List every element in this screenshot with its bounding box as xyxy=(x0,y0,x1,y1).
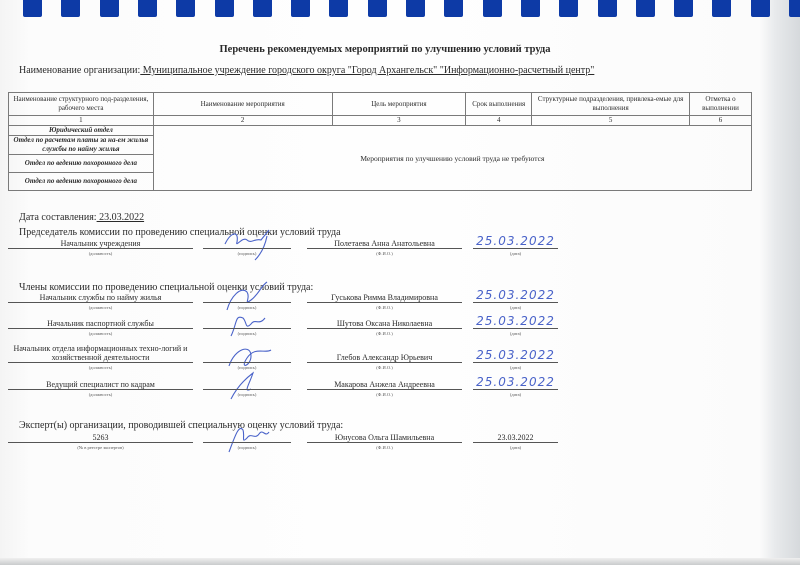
position-text: Начальник учреждения xyxy=(8,239,193,248)
department-cell: Отдел по ведению похоронного дела xyxy=(9,155,154,173)
binding-tab xyxy=(483,0,502,17)
table-row: Юридический отдел Мероприятия по улучшен… xyxy=(9,126,752,136)
chairman-signature-row: Начальник учреждения (должность) (подпис… xyxy=(0,236,800,260)
column-number: 4 xyxy=(466,116,532,126)
binding-tab xyxy=(636,0,655,17)
date-compiled-label: Дата составления: xyxy=(19,212,97,223)
date-compiled: Дата составления: 23.03.2022 xyxy=(19,212,144,223)
date-field: 25.03.2022(дата) xyxy=(473,350,558,374)
position-field: Начальник службы по найму жилья(должност… xyxy=(8,290,193,314)
binding-tab xyxy=(215,0,234,17)
date-field: 25.03.2022(дата) xyxy=(473,290,558,314)
table-header-row: Наименование структурного под-разделения… xyxy=(9,93,752,116)
fio-text: Глебов Александр Юрьевич xyxy=(307,353,462,362)
fio-field: Полетаева Анна Анатольевна (Ф.И.О.) xyxy=(307,236,462,260)
date-caption: (дата) xyxy=(473,365,558,370)
fio-caption: (Ф.И.О.) xyxy=(307,392,462,397)
column-number: 3 xyxy=(332,116,466,126)
position-text: Начальник паспортной службы xyxy=(8,319,193,328)
handwritten-date: 25.03.2022 xyxy=(473,314,558,328)
department-cell: Отдел по ведению похоронного дела xyxy=(9,173,154,191)
column-number-row: 1 2 3 4 5 6 xyxy=(9,116,752,126)
date-caption: (дата) xyxy=(473,251,558,256)
fio-caption: (Ф.И.О.) xyxy=(307,445,462,450)
position-caption: (должность) xyxy=(8,305,193,310)
position-caption: (должность) xyxy=(8,331,193,336)
binding-tab xyxy=(598,0,617,17)
binding-tab xyxy=(789,0,800,17)
binding-tab xyxy=(291,0,310,17)
organization-label: Наименование организации: xyxy=(19,65,140,76)
registry-caption: (№ в реестре экспертов) xyxy=(8,445,193,450)
date-field: 25.03.2022(дата) xyxy=(473,377,558,401)
fio-text: Гуськова Римма Владимировна xyxy=(307,293,462,302)
binding-tab xyxy=(329,0,348,17)
fio-field: Макарова Анжела Андреевна(Ф.И.О.) xyxy=(307,377,462,401)
handwritten-date: 25.03.2022 xyxy=(473,288,558,302)
date-compiled-value: 23.03.2022 xyxy=(97,212,145,223)
handwritten-signature-icon xyxy=(221,416,281,456)
position-text: Ведущий специалист по кадрам xyxy=(8,380,193,389)
binding-tab xyxy=(61,0,80,17)
signature-caption: (подпись) xyxy=(203,392,291,397)
date-caption: (дата) xyxy=(473,305,558,310)
date-field: 25.03.2022(дата) xyxy=(473,316,558,340)
organization-line: Наименование организации: Муниципальное … xyxy=(19,65,594,76)
handwritten-signature-icon xyxy=(221,363,281,403)
fio-caption: (Ф.И.О.) xyxy=(307,331,462,336)
binding-tab xyxy=(100,0,119,17)
signature-caption: (подпись) xyxy=(203,251,291,256)
document-title: Перечень рекомендуемых мероприятий по ул… xyxy=(0,44,770,55)
position-field: Начальник отдела информационных техно-ло… xyxy=(8,350,193,374)
binding-tab xyxy=(138,0,157,17)
binding-tab xyxy=(253,0,272,17)
signature-field: (подпись) xyxy=(203,236,291,260)
binding-tab xyxy=(406,0,425,17)
column-header: Наименование структурного под-разделения… xyxy=(9,93,154,116)
handwritten-date: 25.03.2022 xyxy=(473,348,558,362)
handwritten-date: 25.03.2022 xyxy=(473,234,558,248)
fio-text: Юнусова Ольга Шамильевна xyxy=(307,433,462,442)
fio-text: Макарова Анжела Андреевна xyxy=(307,380,462,389)
date-caption: (дата) xyxy=(473,445,558,450)
binding-tab xyxy=(559,0,578,17)
position-caption: (должность) xyxy=(8,365,193,370)
signature-field: (подпись) xyxy=(203,430,291,454)
position-text: Начальник отдела информационных техно-ло… xyxy=(8,344,193,362)
registry-number: 5263 xyxy=(8,433,193,442)
page-edge-shadow xyxy=(0,558,800,565)
measures-table: Наименование структурного под-разделения… xyxy=(8,92,752,191)
fio-text: Шутова Оксана Николаевна xyxy=(307,319,462,328)
column-header: Срок выполнения xyxy=(466,93,532,116)
position-caption: (должность) xyxy=(8,251,193,256)
binding-tab xyxy=(674,0,693,17)
fio-field: Гуськова Римма Владимировна(Ф.И.О.) xyxy=(307,290,462,314)
binding-tab xyxy=(444,0,463,17)
fio-caption: (Ф.И.О.) xyxy=(307,365,462,370)
registry-field: 5263 (№ в реестре экспертов) xyxy=(8,430,193,454)
binding-tab xyxy=(751,0,770,17)
fio-text: Полетаева Анна Анатольевна xyxy=(307,239,462,248)
handwritten-signature-icon xyxy=(221,222,281,262)
department-cell: Отдел по расчетам платы за на-ем жилья с… xyxy=(9,136,154,155)
organization-value: Муниципальное учреждение городского окру… xyxy=(140,65,594,76)
fio-caption: (Ф.И.О.) xyxy=(307,251,462,256)
column-header: Структурные подразделения, привлека-емые… xyxy=(532,93,690,116)
date-caption: (дата) xyxy=(473,331,558,336)
department-cell: Юридический отдел xyxy=(9,126,154,136)
binding-tab xyxy=(521,0,540,17)
position-text: Начальник службы по найму жилья xyxy=(8,293,193,302)
fio-field: Глебов Александр Юрьевич(Ф.И.О.) xyxy=(307,350,462,374)
column-number: 2 xyxy=(153,116,332,126)
column-number: 5 xyxy=(532,116,690,126)
binding-tab xyxy=(368,0,387,17)
signature-caption: (подпись) xyxy=(203,445,291,450)
date-field: 23.03.2022 (дата) xyxy=(473,430,558,454)
member-signature-row: Начальник паспортной службы(должность)(п… xyxy=(0,316,800,340)
position-field: Начальник паспортной службы(должность) xyxy=(8,316,193,340)
spiral-binding xyxy=(0,0,800,18)
column-header: Цель мероприятия xyxy=(332,93,466,116)
member-signature-row: Ведущий специалист по кадрам(должность)(… xyxy=(0,377,800,401)
no-measures-note: Мероприятия по улучшению условий труда н… xyxy=(153,126,751,191)
fio-caption: (Ф.И.О.) xyxy=(307,305,462,310)
expert-signature-row: 5263 (№ в реестре экспертов) (подпись) Ю… xyxy=(0,430,800,454)
date-text: 23.03.2022 xyxy=(473,433,558,442)
signature-field: (подпись) xyxy=(203,377,291,401)
column-number: 1 xyxy=(9,116,154,126)
date-field: 25.03.2022 (дата) xyxy=(473,236,558,260)
binding-tab xyxy=(176,0,195,17)
handwritten-date: 25.03.2022 xyxy=(473,375,558,389)
column-number: 6 xyxy=(690,116,752,126)
position-caption: (должность) xyxy=(8,392,193,397)
member-signature-row: Начальник отдела информационных техно-ло… xyxy=(0,350,800,374)
position-field: Начальник учреждения (должность) xyxy=(8,236,193,260)
column-header: Наименование мероприятия xyxy=(153,93,332,116)
binding-tab xyxy=(23,0,42,17)
column-header: Отметка о выполнении xyxy=(690,93,752,116)
date-caption: (дата) xyxy=(473,392,558,397)
binding-tab xyxy=(712,0,731,17)
member-signature-row: Начальник службы по найму жилья(должност… xyxy=(0,290,800,314)
position-field: Ведущий специалист по кадрам(должность) xyxy=(8,377,193,401)
fio-field: Шутова Оксана Николаевна(Ф.И.О.) xyxy=(307,316,462,340)
fio-field: Юнусова Ольга Шамильевна (Ф.И.О.) xyxy=(307,430,462,454)
